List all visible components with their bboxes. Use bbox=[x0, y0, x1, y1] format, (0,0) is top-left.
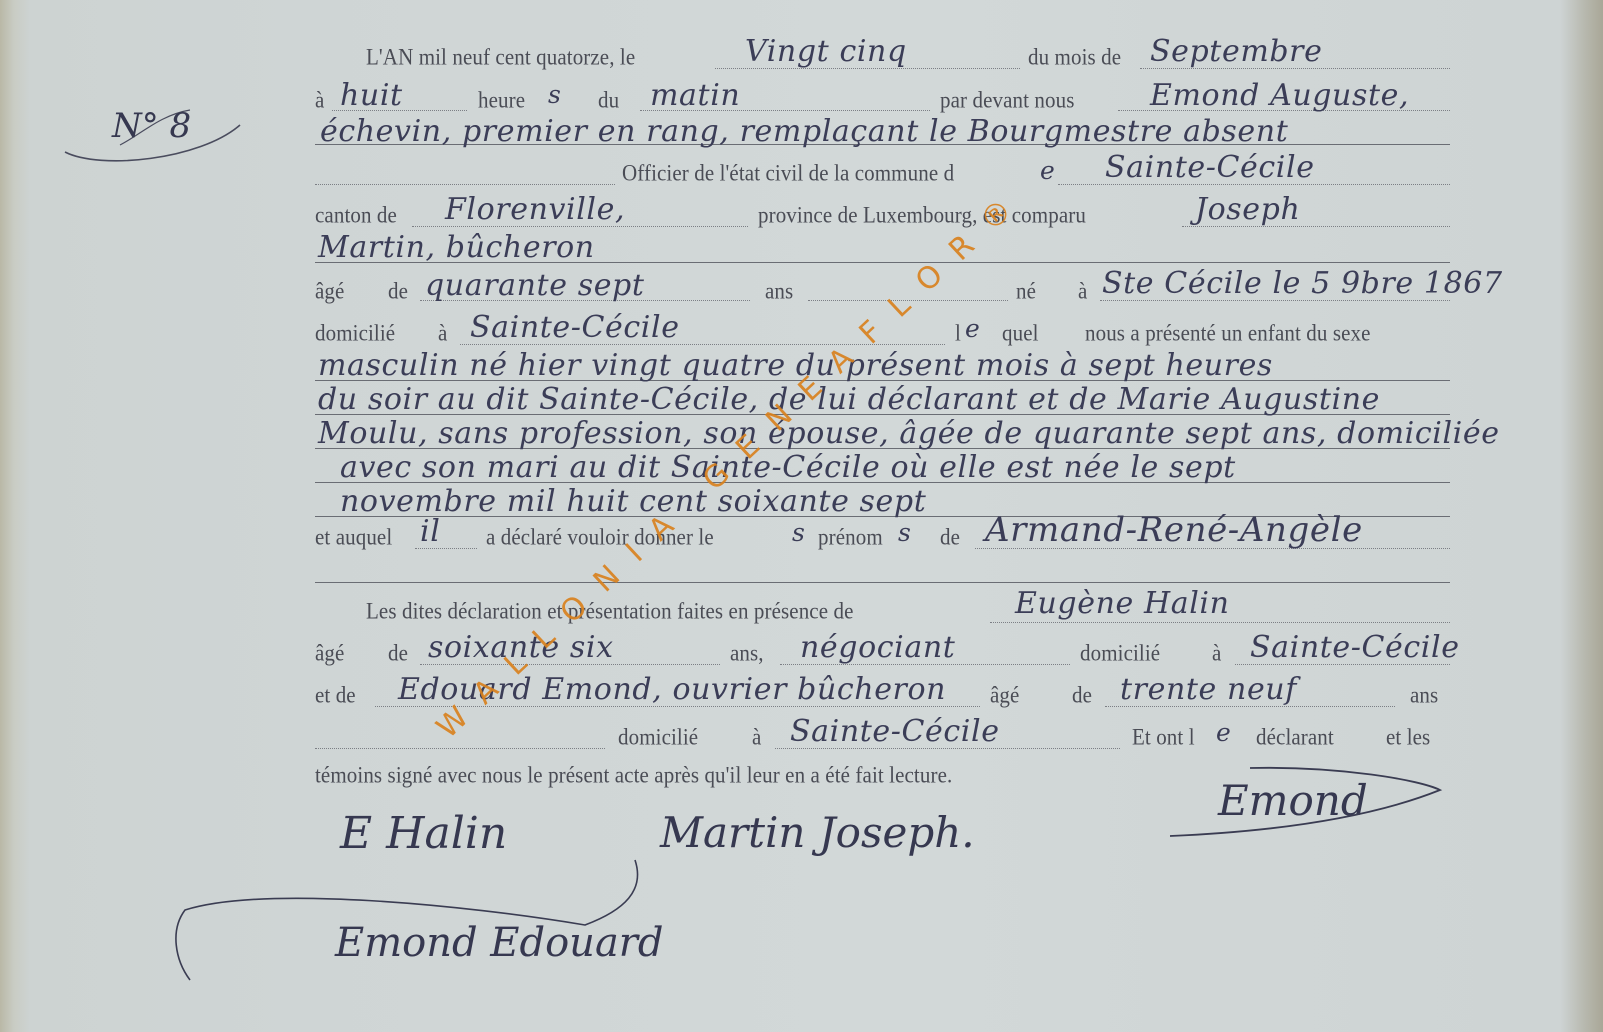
printed-a: à bbox=[315, 87, 324, 114]
field-auquel-pronoun: il bbox=[420, 514, 440, 549]
printed-domicilie: domicilié bbox=[315, 320, 395, 347]
printed-province: province de Luxembourg, est comparu bbox=[758, 202, 1086, 229]
printed-et-les: et les bbox=[1386, 724, 1430, 751]
printed-de3: de bbox=[388, 640, 408, 667]
printed-l: l bbox=[955, 320, 961, 347]
printed-du-mois: du mois de bbox=[1028, 44, 1121, 71]
printed-year-intro: L'AN mil neuf cent quatorze, le bbox=[366, 44, 635, 71]
printed-age: âgé bbox=[315, 278, 344, 305]
printed-par-devant: par devant nous bbox=[940, 87, 1074, 114]
printed-ans: ans bbox=[765, 278, 793, 305]
field-prenoms-suffix: s bbox=[898, 518, 911, 547]
field-ont-suffix: e bbox=[1216, 718, 1231, 747]
field-period: matin bbox=[650, 78, 740, 113]
printed-temoins-signe: témoins signé avec nous le présent acte … bbox=[315, 762, 952, 789]
printed-officier: Officier de l'état civil de la commune d bbox=[622, 160, 954, 187]
field-canton: Florenville, bbox=[445, 192, 625, 227]
field-declarant-rest: Martin, bûcheron bbox=[318, 230, 595, 265]
field-quel-suffix: e bbox=[965, 314, 980, 343]
field-les-suffix: s bbox=[792, 518, 805, 547]
signature-emond-edouard: Emond Edouard bbox=[335, 920, 664, 966]
field-hour: huit bbox=[340, 78, 403, 113]
printed-quel: quel bbox=[1002, 320, 1039, 347]
body-line-3: Moulu, sans profession, son épouse, âgée… bbox=[318, 416, 1500, 451]
printed-a3: à bbox=[438, 320, 447, 347]
printed-du: du bbox=[598, 87, 619, 114]
printed-declarant: déclarant bbox=[1256, 724, 1334, 751]
body-line-2: du soir au dit Sainte-Cécile, de lui déc… bbox=[318, 382, 1380, 417]
field-witness2-age: trente neuf bbox=[1120, 672, 1297, 707]
field-witness1-name: Eugène Halin bbox=[1015, 586, 1230, 621]
signature-flourish-icon bbox=[1160, 760, 1460, 850]
printed-a2: à bbox=[1078, 278, 1087, 305]
printed-de: de bbox=[388, 278, 408, 305]
field-declarant-domicile: Sainte-Cécile bbox=[470, 310, 680, 345]
field-officer-name: Emond Auguste, bbox=[1150, 78, 1409, 113]
printed-et-ont: Et ont l bbox=[1132, 724, 1195, 751]
civil-record-page: N° 8 L'AN mil neuf cent quatorze, le Vin… bbox=[0, 0, 1603, 1032]
printed-domicilie3: domicilié bbox=[618, 724, 698, 751]
field-child-names: Armand-René-Angèle bbox=[985, 510, 1363, 550]
act-number: N° 8 bbox=[100, 110, 179, 150]
printed-prenom: prénom bbox=[818, 524, 883, 551]
field-day: Vingt cinq bbox=[745, 34, 907, 69]
field-declarant-age: quarante sept bbox=[425, 268, 645, 303]
printed-domicilie2: domicilié bbox=[1080, 640, 1160, 667]
printed-ans2: ans, bbox=[730, 640, 764, 667]
field-commune-suffix: e bbox=[1040, 156, 1055, 185]
field-officer-title: échevin, premier en rang, remplaçant le … bbox=[320, 114, 1288, 149]
printed-les-dites: Les dites déclaration et présentation fa… bbox=[366, 598, 854, 625]
field-declarant-birth: Ste Cécile le 5 9bre 1867 bbox=[1102, 266, 1503, 301]
printed-age3: âgé bbox=[990, 682, 1019, 709]
printed-ne: né bbox=[1016, 278, 1036, 305]
field-month: Septembre bbox=[1150, 34, 1322, 69]
printed-a4: à bbox=[1212, 640, 1221, 667]
printed-ans3: ans bbox=[1410, 682, 1438, 709]
field-witness1-domicile: Sainte-Cécile bbox=[1250, 630, 1460, 665]
field-witness1-occupation: négociant bbox=[800, 630, 955, 665]
printed-heure: heure bbox=[478, 87, 525, 114]
field-commune: Sainte-Cécile bbox=[1105, 150, 1315, 185]
field-witness2-domicile: Sainte-Cécile bbox=[790, 714, 1000, 749]
printed-de4: de bbox=[1072, 682, 1092, 709]
printed-age2: âgé bbox=[315, 640, 344, 667]
field-declarant-first: Joseph bbox=[1195, 192, 1300, 227]
printed-de2: de bbox=[940, 524, 960, 551]
signature-martin-joseph: Martin Joseph. bbox=[660, 808, 975, 857]
printed-et-auquel: et auquel bbox=[315, 524, 392, 551]
printed-a5: à bbox=[752, 724, 761, 751]
body-line-4: avec son mari au dit Sainte-Cécile où el… bbox=[340, 450, 1236, 485]
printed-et-de: et de bbox=[315, 682, 356, 709]
printed-nous-a-presente: nous a présenté un enfant du sexe bbox=[1085, 320, 1371, 347]
field-hour-suffix: s bbox=[548, 80, 561, 109]
printed-canton: canton de bbox=[315, 202, 397, 229]
